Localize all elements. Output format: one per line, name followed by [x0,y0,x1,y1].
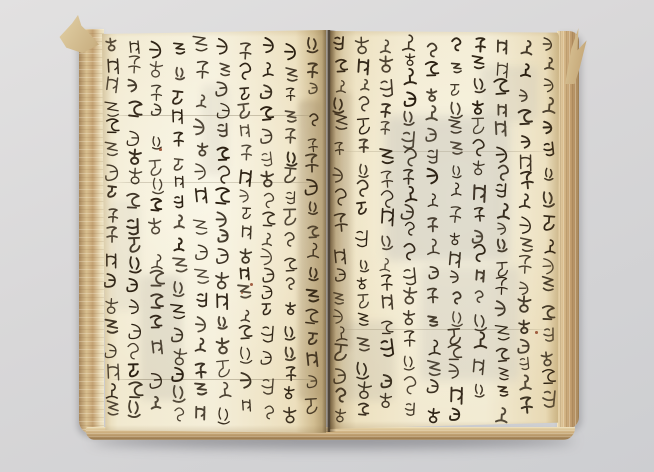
left-page-calligraphy [102,30,326,433]
right-page [330,31,559,429]
left-page [102,30,326,433]
right-page-edge-stack [557,31,579,429]
right-page-calligraphy [330,31,559,429]
left-page-edge-stack [79,29,104,434]
photo-backdrop [0,0,654,472]
